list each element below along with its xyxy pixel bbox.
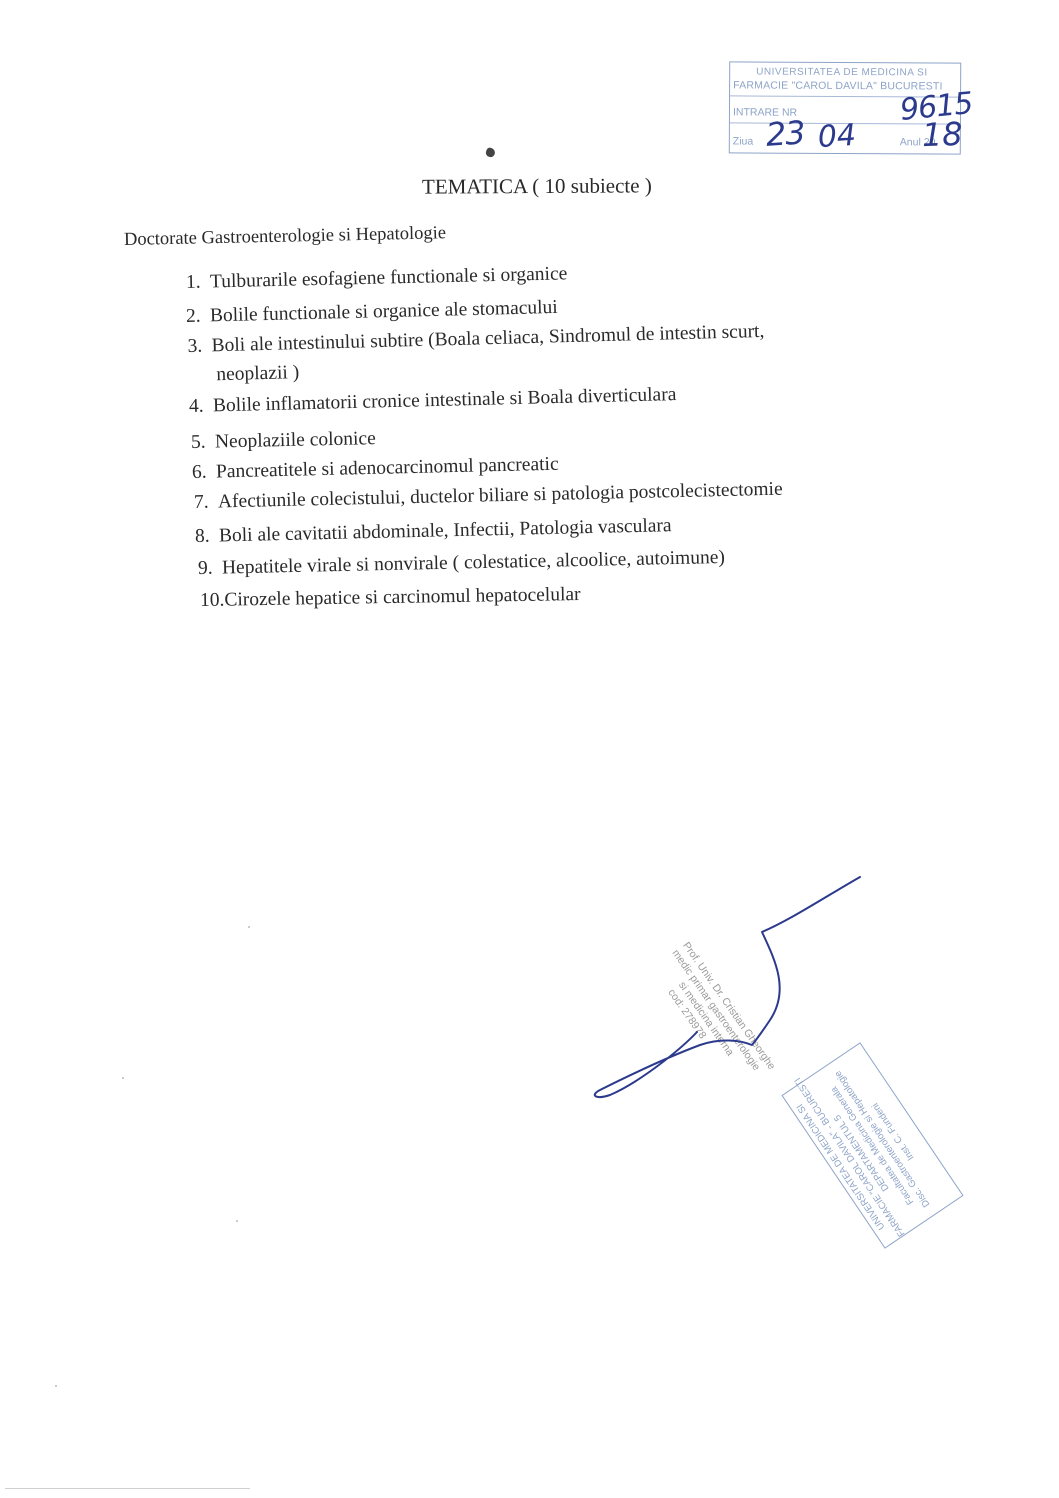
list-item: 10.Cirozele hepatice si carcinomul hepat… bbox=[200, 584, 581, 612]
list-item: 3.Boli ale intestinului subtire (Boala c… bbox=[187, 321, 765, 387]
list-item: 7.Afectiunile colecistului, ductelor bil… bbox=[194, 479, 783, 514]
list-item: 6.Pancreatitele si adenocarcinomul pancr… bbox=[192, 454, 559, 484]
list-item: 8.Boli ale cavitatii abdominale, Infecti… bbox=[195, 515, 672, 548]
list-item: 2.Bolile functionale si organice ale sto… bbox=[186, 297, 558, 328]
registration-stamp: UNIVERSITATEA DE MEDICINA SI FARMACIE "C… bbox=[729, 61, 961, 154]
department-stamp-area: UNIVERSITATEA DE MEDICINA SI FARMACIE "C… bbox=[762, 1030, 982, 1260]
document-title: TEMATICA ( 10 subiecte ) bbox=[422, 173, 652, 199]
ink-blot-icon bbox=[485, 147, 497, 159]
list-item: 5.Neoplaziile colonice bbox=[191, 428, 376, 454]
department-stamp: UNIVERSITATEA DE MEDICINA SI FARMACIE "C… bbox=[781, 1042, 963, 1248]
scan-speck bbox=[55, 1385, 57, 1387]
stamp-line-2: FARMACIE "CAROL DAVILA" BUCURESTI bbox=[733, 79, 943, 92]
document-subtitle: Doctorate Gastroenterologie si Hepatolog… bbox=[124, 223, 446, 251]
month-value: 04 bbox=[817, 118, 857, 155]
day-label: Ziua bbox=[733, 135, 754, 147]
list-item: 4.Bolile inflamatorii cronice intestinal… bbox=[189, 384, 677, 418]
list-item: 9.Hepatitele virale si nonvirale ( coles… bbox=[198, 547, 725, 580]
scan-edge-line bbox=[5, 1488, 250, 1489]
day-value: 23 bbox=[765, 113, 806, 153]
scan-speck bbox=[248, 926, 250, 928]
personal-stamp: Prof. Univ. Dr. Cristian Gheorghe medic … bbox=[647, 940, 777, 1095]
scan-speck bbox=[122, 1077, 124, 1079]
signature bbox=[0, 0, 1059, 1498]
list-item: 1.Tulburarile esofagiene functionale si … bbox=[186, 263, 568, 294]
scan-speck bbox=[236, 1220, 238, 1222]
document-page: UNIVERSITATEA DE MEDICINA SI FARMACIE "C… bbox=[0, 0, 1059, 1498]
year-value: 18 bbox=[921, 115, 963, 154]
stamp-line-1: UNIVERSITATEA DE MEDICINA SI bbox=[756, 67, 927, 79]
list-item-continuation: neoplazii ) bbox=[188, 350, 765, 387]
